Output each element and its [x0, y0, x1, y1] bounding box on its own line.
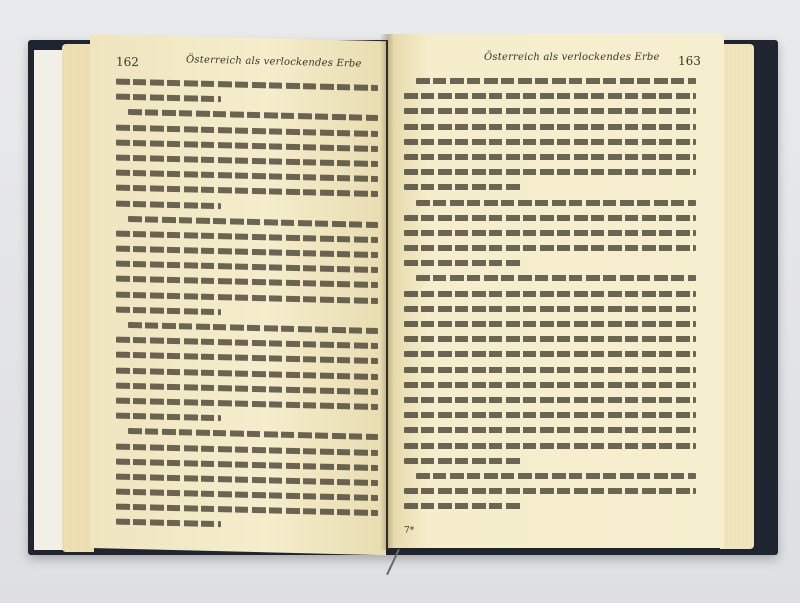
text-line [404, 336, 696, 342]
text-line [404, 108, 696, 114]
text-line [116, 367, 378, 379]
text-line [404, 124, 696, 130]
text-line [116, 337, 378, 349]
text-line [404, 458, 521, 464]
text-line [116, 504, 378, 516]
text-line [116, 443, 378, 455]
text-line [116, 170, 378, 182]
text-line [404, 351, 696, 357]
text-line [116, 519, 221, 528]
text-line [404, 488, 696, 494]
text-line [404, 397, 696, 403]
text-line [116, 398, 378, 410]
text-line [116, 246, 378, 258]
text-line [116, 474, 378, 486]
page-number-right: 163 [678, 54, 701, 68]
text-line [416, 275, 696, 281]
text-line [416, 78, 696, 84]
text-line [116, 413, 221, 422]
text-line [116, 185, 378, 197]
text-line [116, 458, 378, 470]
text-line [404, 184, 521, 190]
body-text-right [404, 78, 696, 518]
text-line [116, 139, 378, 151]
text-line [404, 215, 696, 221]
text-line [116, 94, 221, 103]
text-line [404, 367, 696, 373]
text-line [404, 443, 696, 449]
text-line [404, 306, 696, 312]
book-gutter [380, 34, 394, 550]
text-line [128, 216, 378, 228]
text-line [116, 261, 378, 273]
text-line [404, 93, 696, 99]
text-line [404, 503, 521, 509]
text-line [404, 412, 696, 418]
text-line [128, 109, 378, 121]
right-page: Österreich als verlockendes Erbe 163 7* [388, 34, 724, 548]
text-line [128, 428, 378, 440]
text-line [404, 154, 696, 160]
page-edges-right [720, 44, 754, 549]
text-line [404, 291, 696, 297]
body-text-left [116, 79, 378, 541]
text-line [416, 200, 696, 206]
text-line [116, 306, 221, 315]
text-line [128, 322, 378, 334]
text-line [404, 245, 696, 251]
text-line [116, 231, 378, 243]
text-line [404, 230, 696, 236]
text-line [116, 382, 378, 394]
running-head-right: Österreich als verlockendes Erbe [484, 52, 660, 63]
text-line [116, 79, 378, 91]
text-line [116, 291, 378, 303]
text-line [416, 473, 696, 479]
text-line [116, 352, 378, 364]
text-line [404, 321, 696, 327]
running-head-left: Österreich als verlockendes Erbe [186, 54, 362, 69]
text-line [116, 155, 378, 167]
signature-mark: 7* [404, 526, 414, 536]
text-line [404, 427, 696, 433]
text-line [404, 169, 696, 175]
left-page: 162 Österreich als verlockendes Erbe [90, 34, 386, 555]
text-line [116, 489, 378, 501]
page-number-left: 162 [116, 55, 139, 70]
text-line [116, 200, 221, 209]
text-line [404, 382, 696, 388]
text-line [116, 276, 378, 288]
text-line [404, 139, 696, 145]
text-line [404, 260, 521, 266]
text-line [116, 124, 378, 136]
